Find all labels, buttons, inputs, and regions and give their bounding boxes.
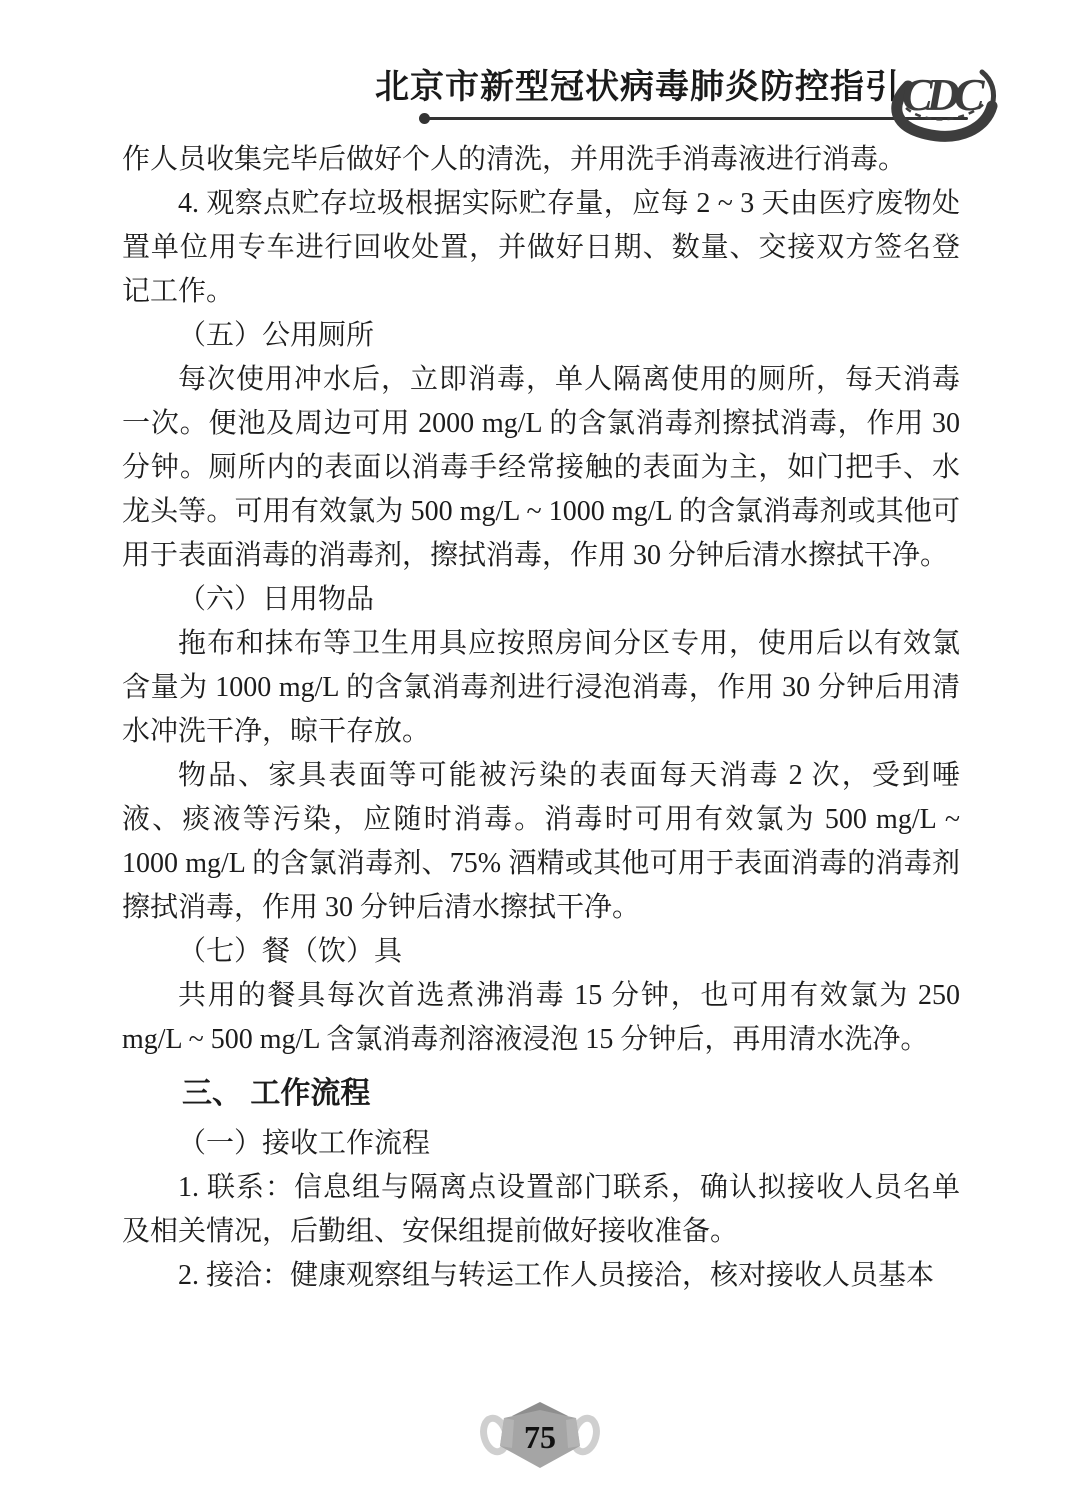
paragraph: 2. 接洽：健康观察组与转运工作人员接洽，核对接收人员基本 bbox=[122, 1254, 960, 1298]
section-heading: 三、 工作流程 bbox=[122, 1070, 960, 1118]
page-header: 北京市新型冠状病毒肺炎防控指引 CDC bbox=[0, 0, 1080, 140]
paragraph: 拖布和抹布等卫生用具应按照房间分区专用，使用后以有效氯含量为 1000 mg/L… bbox=[122, 622, 960, 754]
document-page: 北京市新型冠状病毒肺炎防控指引 CDC 作人员收集完毕后做好个人的清洗，并用洗手… bbox=[0, 0, 1080, 1504]
paragraph: 每次使用冲水后，立即消毒，单人隔离使用的厕所，每天消毒一次。便池及周边可用 20… bbox=[122, 358, 960, 578]
cdc-logo-icon: CDC bbox=[888, 52, 998, 148]
header-rule bbox=[425, 117, 968, 120]
logo-swoosh-tail bbox=[982, 72, 994, 106]
header-title: 北京市新型冠状病毒肺炎防控指引 bbox=[375, 70, 900, 104]
logo-letters: CDC bbox=[902, 69, 986, 120]
subsection-heading: （六）日用物品 bbox=[122, 578, 960, 622]
subsection-heading: （一）接收工作流程 bbox=[122, 1122, 960, 1166]
subsection-heading: （五）公用厕所 bbox=[122, 314, 960, 358]
paragraph: 4. 观察点贮存垃圾根据实际贮存量，应每 2 ~ 3 天由医疗废物处置单位用专车… bbox=[122, 182, 960, 314]
document-body: 作人员收集完毕后做好个人的清洗，并用洗手消毒液进行消毒。4. 观察点贮存垃圾根据… bbox=[122, 138, 960, 1298]
page-footer: 75 bbox=[0, 1398, 1080, 1483]
cdc-logo-svg: CDC bbox=[888, 52, 998, 148]
subsection-heading: （七）餐（饮）具 bbox=[122, 930, 960, 974]
mask-page-badge: 75 bbox=[478, 1398, 602, 1478]
paragraph: 1. 联系：信息组与隔离点设置部门联系，确认拟接收人员名单及相关情况，后勤组、安… bbox=[122, 1166, 960, 1254]
paragraph: 共用的餐具每次首选煮沸消毒 15 分钟，也可用有效氯为 250 mg/L ~ 5… bbox=[122, 974, 960, 1062]
paragraph: 作人员收集完毕后做好个人的清洗，并用洗手消毒液进行消毒。 bbox=[122, 138, 960, 182]
page-number: 75 bbox=[524, 1419, 556, 1455]
header-rule-dot bbox=[419, 113, 430, 124]
paragraph: 物品、家具表面等可能被污染的表面每天消毒 2 次，受到唾液、痰液等污染，应随时消… bbox=[122, 754, 960, 930]
